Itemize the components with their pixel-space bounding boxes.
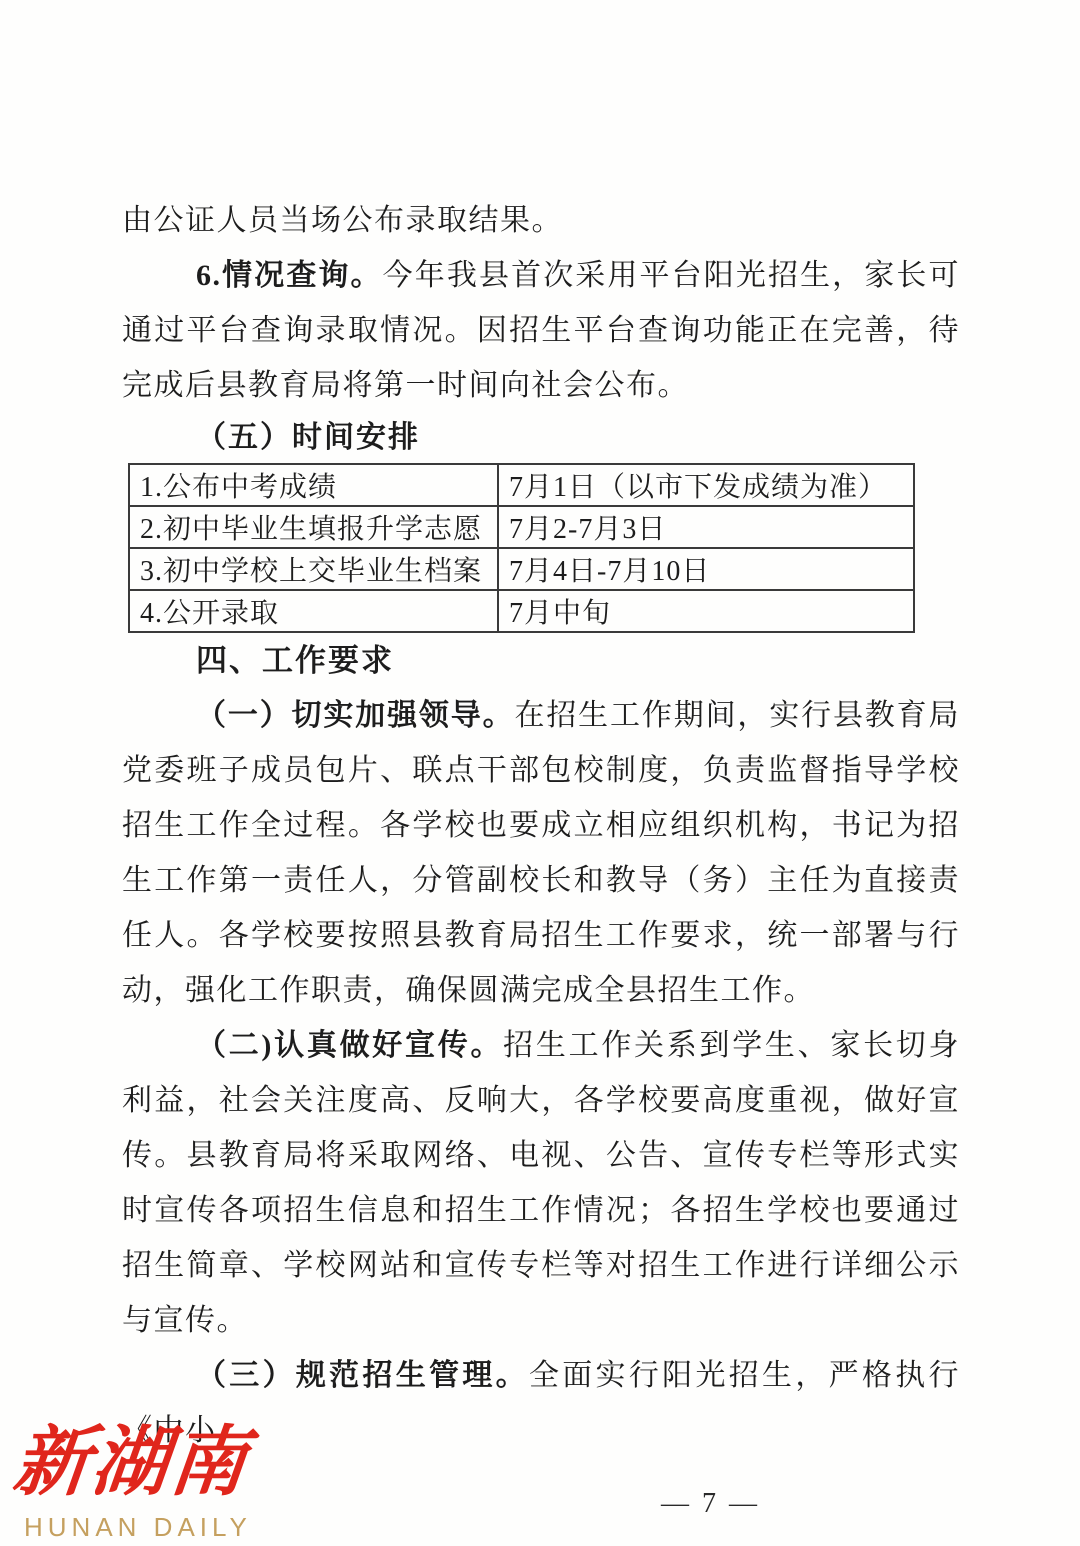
- heading-schedule: （五）时间安排: [122, 413, 960, 463]
- logo-english-text: HUNAN DAILY: [14, 1512, 274, 1542]
- table-cell-item: 4.公开录取: [129, 590, 498, 632]
- paragraph-query: 6.情况查询。今年我县首次采用平台阳光招生，家长可通过平台查询录取情况。因招生平…: [122, 248, 960, 413]
- table-cell-item: 2.初中毕业生填报升学志愿: [129, 506, 498, 548]
- heading-requirements: 四、工作要求: [122, 633, 960, 688]
- paragraph-req1: （一）切实加强领导。在招生工作期间，实行县教育局党委班子成员包片、联点干部包校制…: [122, 688, 960, 1018]
- document-page: 由公证人员当场公布录取结果。 6.情况查询。今年我县首次采用平台阳光招生，家长可…: [0, 0, 1080, 1546]
- schedule-table: 1.公布中考成绩 7月1日（以市下发成绩为准） 2.初中毕业生填报升学志愿 7月…: [128, 463, 915, 633]
- paragraph-req1-text: 在招生工作期间，实行县教育局党委班子成员包片、联点干部包校制度，负责监督指导学校…: [122, 699, 960, 1007]
- document-body: 由公证人员当场公布录取结果。 6.情况查询。今年我县首次采用平台阳光招生，家长可…: [0, 0, 1080, 1520]
- table-cell-item: 3.初中学校上交毕业生档案: [129, 548, 498, 590]
- table-cell-time: 7月4日-7月10日: [498, 548, 914, 590]
- table-row: 1.公布中考成绩 7月1日（以市下发成绩为准）: [129, 464, 914, 506]
- table-row: 2.初中毕业生填报升学志愿 7月2-7月3日: [129, 506, 914, 548]
- table-row: 3.初中学校上交毕业生档案 7月4日-7月10日: [129, 548, 914, 590]
- paragraph-continuation: 由公证人员当场公布录取结果。: [122, 193, 960, 248]
- hunan-daily-logo: 新湖南 HUNAN DAILY: [14, 1414, 274, 1542]
- paragraph-query-lead: 6.情况查询。: [196, 259, 383, 292]
- table-cell-time: 7月2-7月3日: [498, 506, 914, 548]
- paragraph-req2-text: 招生工作关系到学生、家长切身利益，社会关注度高、反响大，各学校要高度重视，做好宣…: [122, 1029, 960, 1337]
- table-row: 4.公开录取 7月中旬: [129, 590, 914, 632]
- table-cell-time: 7月中旬: [498, 590, 914, 632]
- paragraph-req3-lead: （三）规范招生管理。: [196, 1359, 529, 1392]
- table-cell-item: 1.公布中考成绩: [129, 464, 498, 506]
- paragraph-req2: （二)认真做好宣传。招生工作关系到学生、家长切身利益，社会关注度高、反响大，各学…: [122, 1018, 960, 1348]
- table-cell-time: 7月1日（以市下发成绩为准）: [498, 464, 914, 506]
- logo-chinese-text: 新湖南: [9, 1414, 279, 1510]
- paragraph-req2-lead: （二)认真做好宣传。: [196, 1029, 503, 1062]
- paragraph-req1-lead: （一）切实加强领导。: [196, 699, 514, 732]
